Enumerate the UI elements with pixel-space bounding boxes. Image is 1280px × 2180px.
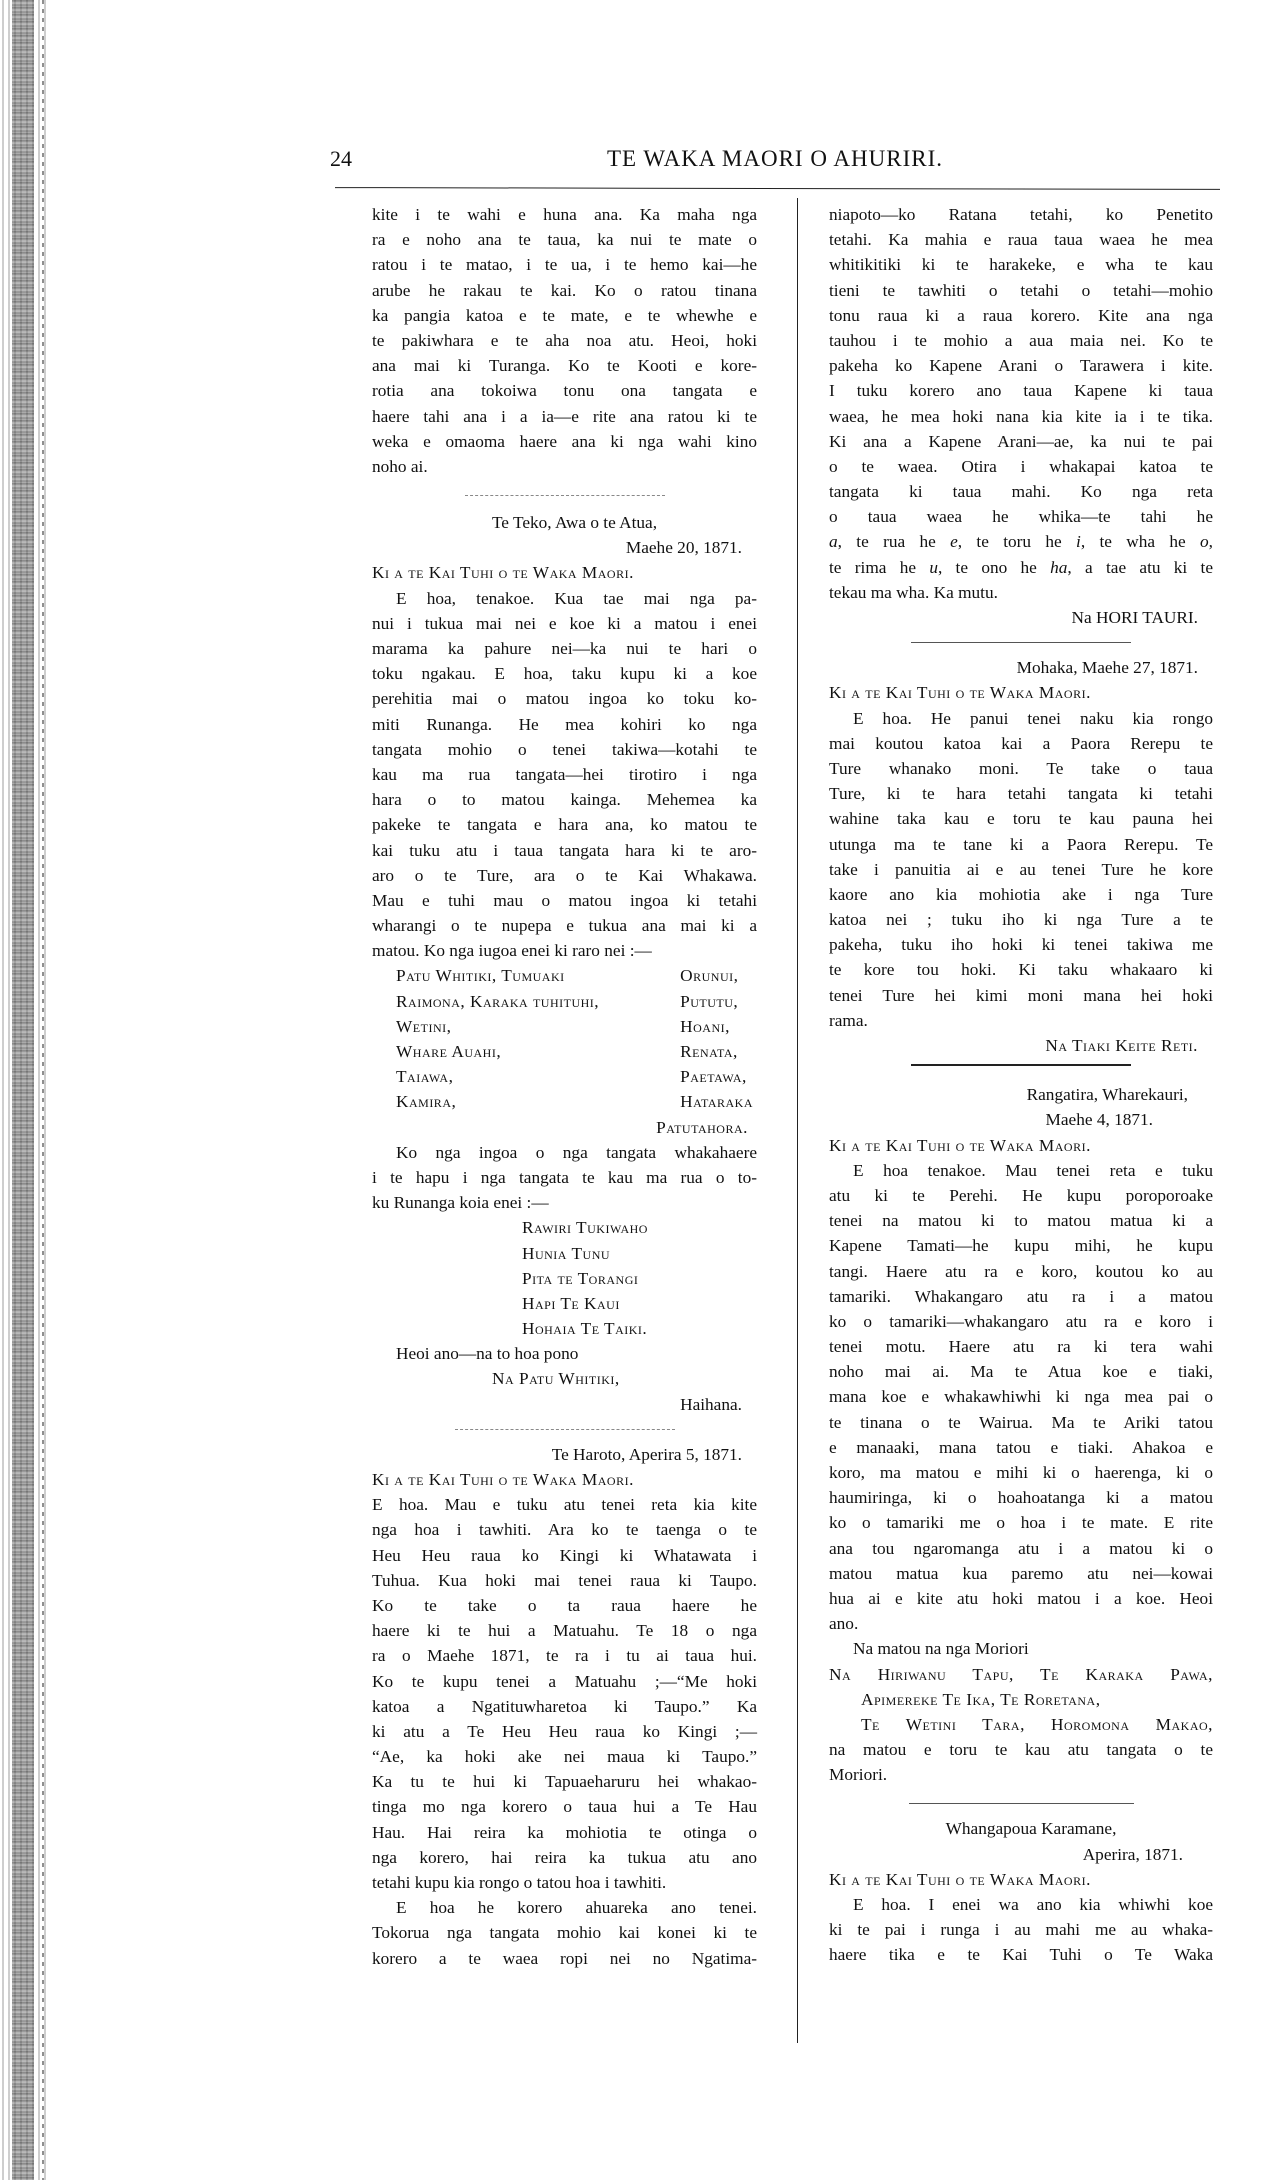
text-line: Ki ana a Kapene Arani—ae, ka nui te pai	[829, 429, 1213, 454]
letter-date: Maehe 4, 1871.	[829, 1107, 1213, 1132]
text-line: kai tuku atu i taua tangata hara ki te a…	[372, 838, 757, 863]
letter-rangatira: Rangatira, Wharekauri, Maehe 4, 1871. Ki…	[829, 1082, 1213, 1787]
text-line: wharangi o te nupepa e tukua ana mai ki …	[372, 913, 757, 938]
telegraph-letters-line: te rima he u, te ono he ha, a tae atu ki…	[829, 555, 1213, 580]
text-line: take i panuitia ai e au tenei Ture he ko…	[829, 857, 1213, 882]
text-line: matou matua kua paremo atu nei—kowai	[829, 1561, 1213, 1586]
hapu-leaders-list: Rawiri Tukiwaho Hunia Tunu Pita te Toran…	[372, 1215, 757, 1341]
text-line: tenei na matou ki to matou matua ki a	[829, 1208, 1213, 1233]
letter-salutation: Ki a te Kai Tuhi o te Waka Maori.	[372, 560, 757, 585]
text-line: nui i tukua mai nei e koe ki a matou i e…	[372, 611, 757, 636]
letter-date: Maehe 20, 1871.	[372, 535, 757, 560]
text-line: ki atu a Te Heu Heu raua ko Kingi ;—	[372, 1719, 757, 1744]
letter-signature: Na Tiaki Keite Reti.	[829, 1033, 1213, 1058]
text-line: ano.	[829, 1611, 1213, 1636]
name-cell: Renata,	[680, 1039, 757, 1064]
text-line: niapoto—ko Ratana tetahi, ko Penetito	[829, 202, 1213, 227]
section-rule	[911, 1064, 1131, 1066]
text-line: Tuhua. Kua hoki mai tenei raua ki Taupo.	[372, 1568, 757, 1593]
text-line: wahine taka kau e toru te kau pauna hei	[829, 806, 1213, 831]
text-line: tinga mo nga korero o taua hui a Te Hau	[372, 1794, 757, 1819]
text-line: E hoa. Mau e tuku atu tenei reta kia kit…	[372, 1492, 757, 1517]
masthead-title: TE WAKA MAORI O AHURIRI.	[330, 146, 1220, 172]
text-line: Mau e tuhi mau o matou ingoa ki tetahi	[372, 888, 757, 913]
text-line: Ture, ki te hara tetahi tangata ki tetah…	[829, 781, 1213, 806]
text-line: tangata ki taua mahi. Ko nga reta	[829, 479, 1213, 504]
text-line: tenei motu. Haere atu ra ki tera wahi	[829, 1334, 1213, 1359]
text-line: rotia ana tokoiwa tonu ona tangata e	[372, 378, 757, 403]
leader-name: Rawiri Tukiwaho	[522, 1215, 757, 1240]
name-cell: Raimona, Karaka tuhituhi,	[396, 989, 680, 1014]
page-header: 24 TE WAKA MAORI O AHURIRI.	[330, 146, 1220, 176]
text-line: ka pangia katoa e te mate, e te whewhe e	[372, 303, 757, 328]
signatory-line: Na Hiriwanu Tapu, Te Karaka Pawa,	[829, 1662, 1213, 1687]
letter-te-teko: Te Teko, Awa o te Atua, Maehe 20, 1871. …	[372, 510, 757, 1417]
text-line: noho ai.	[372, 454, 757, 479]
letter-place-date: Mohaka, Maehe 27, 1871.	[829, 655, 1213, 680]
text-line: hara o to matou kainga. Mehemea ka	[372, 787, 757, 812]
left-column: kite i te wahi e huna ana. Ka maha nga r…	[372, 202, 757, 1971]
text-line: e manaaki, mana tatou e tiaki. Ahakoa e	[829, 1435, 1213, 1460]
text-line: marama ka pahure nei—ka nui te hari o	[372, 636, 757, 661]
right-column: niapoto—ko Ratana tetahi, ko Penetito te…	[829, 202, 1213, 1968]
text-line: perehitia mai o matou ingoa ko toku ko-	[372, 686, 757, 711]
letter-closing: Heoi ano—na to hoa pono	[372, 1341, 757, 1366]
text-line: katoa a Ngatituwharetoa ki Taupo.” Ka	[372, 1694, 757, 1719]
continued-article: kite i te wahi e huna ana. Ka maha nga r…	[372, 202, 757, 479]
text-line: whitikitiki ki te harakeke, e wha te kau	[829, 252, 1213, 277]
text-line: hua ai e kite atu hoki matou i a koe. He…	[829, 1586, 1213, 1611]
text-line: noho mai ai. Ma te Atua koe e tiaki,	[829, 1359, 1213, 1384]
name-cell: Pututu,	[680, 989, 757, 1014]
text-line: matou. Ko nga iugoa enei ki raro nei :—	[372, 938, 757, 963]
text-line: tekau ma wha. Ka mutu.	[829, 580, 1213, 605]
text-line: te pakiwhara e te aha noa atu. Heoi, hok…	[372, 328, 757, 353]
text-line: tangi. Haere atu ra e koro, koutou ko au	[829, 1259, 1213, 1284]
text-line: haere tahi ana i a ia—e rite ana ratou k…	[372, 404, 757, 429]
text-line: I tuku korero ano taua Kapene ki taua	[829, 378, 1213, 403]
binding-shadow	[12, 0, 34, 2180]
text-line: mana koe e whakawhiwhi ki nga mea pai o	[829, 1384, 1213, 1409]
text-line: ku Runanga koia enei :—	[372, 1190, 757, 1215]
letter-salutation: Ki a te Kai Tuhi o te Waka Maori.	[829, 680, 1213, 705]
text-line: kite i te wahi e huna ana. Ka maha nga	[372, 202, 757, 227]
letter-whangapoua: Whangapoua Karamane, Aperira, 1871. Ki a…	[829, 1816, 1213, 1967]
letter-signature: Na HORI TAURI.	[829, 605, 1213, 630]
text-line: ana tou ngaromanga atu i a matou ki o	[829, 1536, 1213, 1561]
name-cell: Whare Auahi,	[396, 1039, 680, 1064]
section-rule	[909, 1803, 1134, 1804]
name-cell: Taiawa,	[396, 1064, 680, 1089]
text-line: ratou i te matao, i te ua, i te hemo kai…	[372, 252, 757, 277]
column-divider	[797, 198, 798, 2043]
name-cell: Orunui,	[680, 963, 757, 988]
text-line: ki te pai i runga i au mahi me au whaka-	[829, 1917, 1213, 1942]
text-line: tenei Ture hei kimi moni mana hei hoki	[829, 983, 1213, 1008]
text-line: o taua waea he whika—te tahi he	[829, 504, 1213, 529]
signature-title: Haihana.	[372, 1392, 757, 1417]
text-line: ko o tamariki me o hoa i te mate. E rite	[829, 1510, 1213, 1535]
text-line: E hoa, tenakoe. Kua tae mai nga pa-	[372, 586, 757, 611]
text-line: te tinana o te Wairua. Ma te Ariki tatou	[829, 1410, 1213, 1435]
text-line: weka e omaoma haere ana ki nga wahi kino	[372, 429, 757, 454]
text-line: haere tika e te Kai Tuhi o Te Waka	[829, 1942, 1213, 1967]
text-line: mai koutou katoa kai a Paora Rerepu te	[829, 731, 1213, 756]
text-line: waea, he mea hoki nana kia kite ia i te …	[829, 404, 1213, 429]
text-line: tieni te tawhiti o tetahi o tetahi—mohio	[829, 278, 1213, 303]
text-line: i te hapu i nga tangata te kau ma rua o …	[372, 1165, 757, 1190]
letter-place: Rangatira, Wharekauri,	[829, 1082, 1213, 1107]
text-line: haere ki te hui a Matuahu. Te 18 o nga	[372, 1618, 757, 1643]
letter-te-haroto-continued: niapoto—ko Ratana tetahi, ko Penetito te…	[829, 202, 1213, 630]
name-cell: Wetini,	[396, 1014, 680, 1039]
text-line: te kore tou hoki. Ki taku whakaaro ki	[829, 957, 1213, 982]
text-line: Hau. Hai reira ka mohiotia te otinga o	[372, 1820, 757, 1845]
letter-place-date: Te Haroto, Aperira 5, 1871.	[372, 1442, 757, 1467]
text-line: tamariki. Whakangaro atu ra i a matou	[829, 1284, 1213, 1309]
name-cell	[396, 1115, 680, 1140]
text-line: na matou e toru te kau atu tangata o te	[829, 1737, 1213, 1762]
text-line: E hoa tenakoe. Mau tenei reta e tuku	[829, 1158, 1213, 1183]
text-line: Kapene Tamati—he kupu mihi, he kupu	[829, 1233, 1213, 1258]
text-line: Ko te kupu tenei a Matuahu ;—“Me hoki	[372, 1669, 757, 1694]
text-line: pakeke te tangata e hara ana, ko matou t…	[372, 812, 757, 837]
letter-salutation: Ki a te Kai Tuhi o te Waka Maori.	[372, 1467, 757, 1492]
letter-place: Te Teko, Awa o te Atua,	[372, 510, 757, 535]
section-rule	[465, 495, 665, 496]
text-line: miti Runanga. He mea kohiri ko nga	[372, 712, 757, 737]
text-line: ana mai ki Turanga. Ko te Kooti e kore-	[372, 353, 757, 378]
binding-edge	[42, 0, 44, 2180]
name-cell: Paetawa,	[680, 1064, 757, 1089]
text-line: kaore ano kia mohiotia ake i nga Ture	[829, 882, 1213, 907]
text-line: tauhou i te mohio a aua maia nei. Ko te	[829, 328, 1213, 353]
leader-name: Hunia Tunu	[522, 1241, 757, 1266]
text-line: ra o Maehe 1871, te ra i tu ai taua hui.	[372, 1643, 757, 1668]
telegraph-letters-line: a, te rua he e, te toru he i, te wha he …	[829, 529, 1213, 554]
name-cell: Patu Whitiki, Tumuaki	[396, 963, 680, 988]
runanga-names-table: Patu Whitiki, Tumuaki Orunui, Raimona, K…	[372, 963, 757, 1139]
letter-te-haroto: Te Haroto, Aperira 5, 1871. Ki a te Kai …	[372, 1442, 757, 1971]
text-line: E hoa. He panui tenei naku kia rongo	[829, 706, 1213, 731]
text-line: aro o te Ture, ara o te Kai Whakawa.	[372, 863, 757, 888]
name-cell: Hoani,	[680, 1014, 757, 1039]
text-line: tetahi kupu kia rongo o tatou hoa i tawh…	[372, 1870, 757, 1895]
letter-place: Whangapoua Karamane,	[829, 1816, 1213, 1841]
text-line: rama.	[829, 1008, 1213, 1033]
text-line: tonu raua ki a raua korero. Kite ana nga	[829, 303, 1213, 328]
text-line: koro, ma matou e mihi ki o haerenga, ki …	[829, 1460, 1213, 1485]
letter-salutation: Ki a te Kai Tuhi o te Waka Maori.	[829, 1133, 1213, 1158]
letter-date: Aperira, 1871.	[829, 1842, 1213, 1867]
text-line: nga korero, hai reira ka tukua atu ano	[372, 1845, 757, 1870]
signatory-line: Te Wetini Tara, Horomona Makao,	[829, 1712, 1213, 1737]
letter-closing: Na matou na nga Moriori	[829, 1636, 1213, 1661]
text-line: arube he rakau te kai. Ko o ratou tinana	[372, 278, 757, 303]
text-line: nga hoa i tawhiti. Ara ko te taenga o te	[372, 1517, 757, 1542]
name-cell: Kamira,	[396, 1089, 680, 1114]
leader-name: Hohaia Te Taiki.	[522, 1316, 757, 1341]
text-line: ra e noho ana te taua, ka nui te mate o	[372, 227, 757, 252]
text-line: tangata mohio o tenei takiwa—kotahi te	[372, 737, 757, 762]
text-line: Ko te take o ta raua haere he	[372, 1593, 757, 1618]
section-rule	[911, 642, 1131, 643]
letter-salutation: Ki a te Kai Tuhi o te Waka Maori.	[829, 1867, 1213, 1892]
text-line: E hoa. I enei wa ano kia whiwhi koe	[829, 1892, 1213, 1917]
text-line: Ko nga ingoa o nga tangata whakahaere	[372, 1140, 757, 1165]
text-line: toku ngakau. E hoa, taku kupu ki a koe	[372, 661, 757, 686]
letter-mohaka: Mohaka, Maehe 27, 1871. Ki a te Kai Tuhi…	[829, 655, 1213, 1058]
leader-name: Pita te Torangi	[522, 1266, 757, 1291]
text-line: o te waea. Otira i whakapai katoa te	[829, 454, 1213, 479]
text-line: “Ae, ka hoki ake nei maua ki Taupo.”	[372, 1744, 757, 1769]
signatory-line: Apimereke Te Ika, Te Roretana,	[829, 1687, 1213, 1712]
header-rule	[335, 187, 1220, 190]
text-line: E hoa he korero ahuareka ano tenei.	[372, 1895, 757, 1920]
text-line: pakeha ko Kapene Arani o Tarawera i kite…	[829, 353, 1213, 378]
name-cell: Hataraka	[680, 1089, 757, 1114]
text-line: Ture whanako moni. Te take o taua	[829, 756, 1213, 781]
text-line: korero a te waea ropi nei no Ngatima-	[372, 1946, 757, 1971]
text-line: haumiringa, ki o hoahoatanga ki a matou	[829, 1485, 1213, 1510]
text-line: atu ki te Perehi. He kupu poroporoake	[829, 1183, 1213, 1208]
text-line: tetahi. Ka mahia e raua taua waea he mea	[829, 227, 1213, 252]
text-line: Moriori.	[829, 1762, 1213, 1787]
text-line: ko o tamariki—whakangaro atu ra e koro i	[829, 1309, 1213, 1334]
section-rule	[455, 1429, 675, 1430]
text-line: Tokorua nga tangata mohio kai konei ki t…	[372, 1920, 757, 1945]
letter-signature: Na Patu Whitiki,	[372, 1366, 757, 1391]
text-line: Heu Heu raua ko Kingi ki Whatawata i	[372, 1543, 757, 1568]
text-line: kau ma rua tangata—hei tirotiro i nga	[372, 762, 757, 787]
name-cell: Patutahora.	[656, 1115, 757, 1140]
leader-name: Hapi Te Kaui	[522, 1291, 757, 1316]
text-line: utunga ma te tane ki a Paora Rerepu. Te	[829, 832, 1213, 857]
text-line: katoa nei ; tuku iho ki nga Ture a te	[829, 907, 1213, 932]
text-line: pakeha, tuku iho hoki ki tenei takiwa me	[829, 932, 1213, 957]
text-line: Ka tu te hui ki Tapuaeharuru hei whakao-	[372, 1769, 757, 1794]
